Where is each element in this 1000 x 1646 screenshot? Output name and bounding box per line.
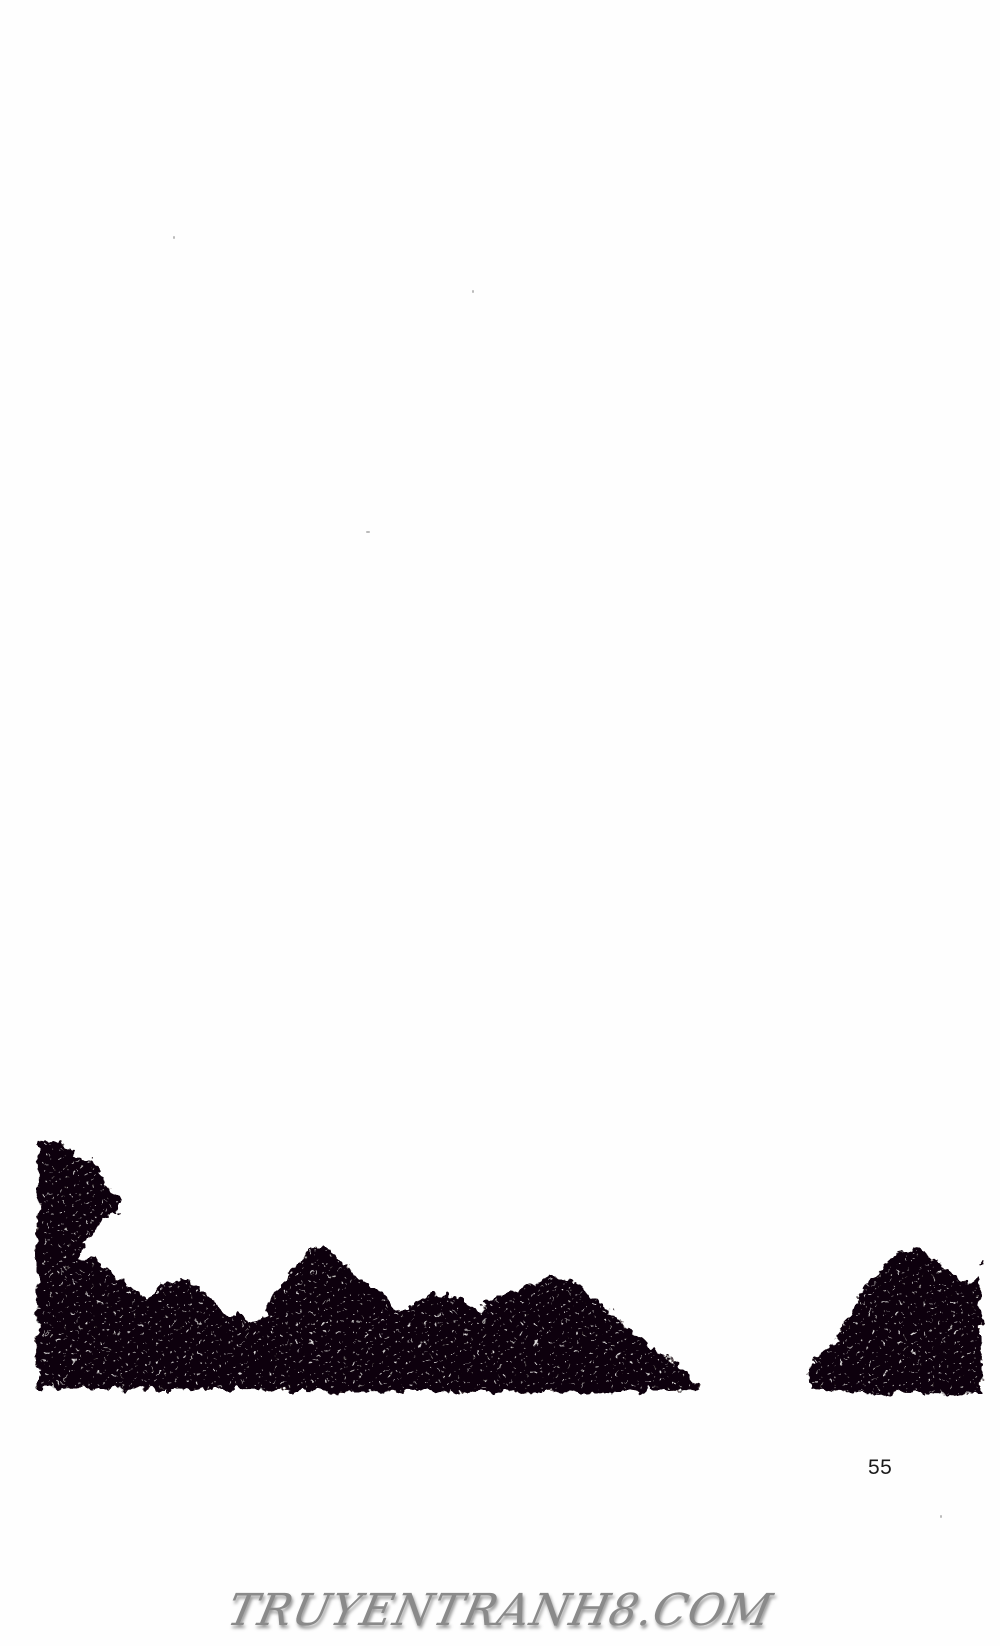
ink-speck bbox=[940, 1515, 942, 1518]
ink-speck bbox=[366, 531, 370, 533]
manga-page: 55 TRUYENTRANH8.COM bbox=[0, 0, 1000, 1646]
ink-speck bbox=[173, 236, 175, 239]
site-watermark: TRUYENTRANH8.COM bbox=[0, 1585, 1000, 1636]
treeline-illustration bbox=[0, 1100, 1000, 1420]
right-tree bbox=[808, 1246, 982, 1394]
left-treeline bbox=[37, 1138, 700, 1392]
page-number: 55 bbox=[868, 1456, 892, 1480]
ink-speck bbox=[472, 290, 474, 293]
